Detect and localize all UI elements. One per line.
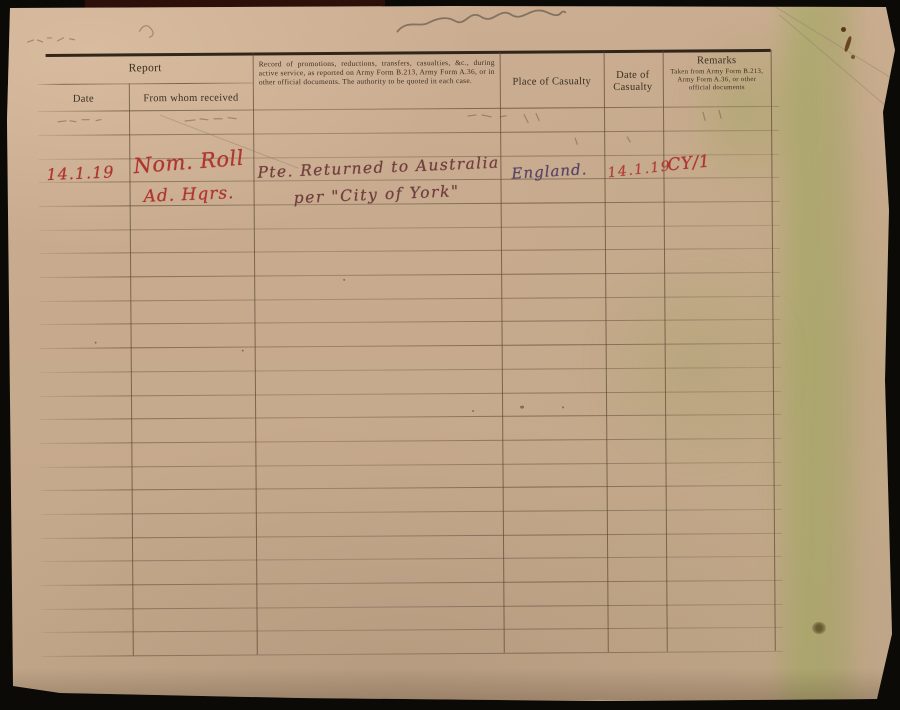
- table-rule: [38, 106, 779, 112]
- table-rule: [41, 532, 782, 538]
- table-rule: [500, 52, 505, 653]
- report-header: Report: [38, 62, 253, 76]
- table-rule: [41, 603, 782, 609]
- table-rule: [39, 272, 780, 278]
- place-column-header: Place of Casualty: [500, 76, 604, 88]
- table-rule: [40, 390, 781, 396]
- table-rule: [604, 51, 609, 652]
- table-rule: [40, 438, 781, 444]
- paper-speck: [562, 406, 564, 408]
- table-rule: [41, 509, 782, 515]
- table-rule: [39, 225, 780, 231]
- record-column-header: Record of promotions, reductions, transf…: [259, 58, 495, 87]
- date-column-header: Date: [38, 93, 129, 105]
- table-rule: [39, 296, 780, 302]
- entry-from-whom-line2: Ad. Hqrs.: [143, 183, 235, 207]
- table-rule: [253, 54, 258, 655]
- table-rule: [40, 414, 781, 420]
- paper-speck: [242, 350, 244, 352]
- paper-speck: [472, 410, 474, 412]
- table-rule: [41, 556, 782, 562]
- form-table: Report Date From whom received Record of…: [0, 0, 900, 710]
- paper-speck: [95, 342, 97, 344]
- table-rule: [41, 580, 782, 586]
- paper-sheet: Report Date From whom received Record of…: [0, 0, 900, 710]
- table-rule: [41, 485, 782, 491]
- remarks-column-subheader: Taken from Army Form B.213, Army Form A.…: [668, 68, 766, 93]
- ink-blot: [841, 27, 846, 32]
- table-rule: [38, 83, 253, 86]
- paper-speck: [343, 279, 345, 281]
- table-rule: [38, 130, 779, 136]
- table-rule: [39, 248, 780, 254]
- table-rule: [40, 343, 781, 349]
- entry-from-whom-line1: Nom. Roll: [133, 146, 245, 178]
- scanned-casualty-form: Report Date From whom received Record of…: [0, 0, 900, 710]
- ink-blot: [851, 55, 855, 59]
- table-rule: [40, 461, 781, 467]
- table-rule: [40, 367, 781, 373]
- table-rule: [39, 319, 780, 325]
- table-rule: [42, 627, 783, 633]
- paper-speck: [520, 406, 524, 409]
- table-rule: [42, 651, 783, 657]
- table-rule: [38, 177, 779, 183]
- paper-hole: [812, 622, 826, 634]
- remarks-column-header: Remarks: [663, 55, 771, 67]
- casualty-date-column-header: Date of Casualty: [607, 70, 659, 94]
- from-whom-column-header: From whom received: [129, 93, 253, 105]
- table-rule: [771, 50, 776, 651]
- entry-report-date: 14.1.19: [46, 162, 115, 184]
- table-rule: [663, 51, 668, 652]
- entry-remarks: CY/1: [667, 152, 711, 176]
- paper-speck: [0, 120, 2, 122]
